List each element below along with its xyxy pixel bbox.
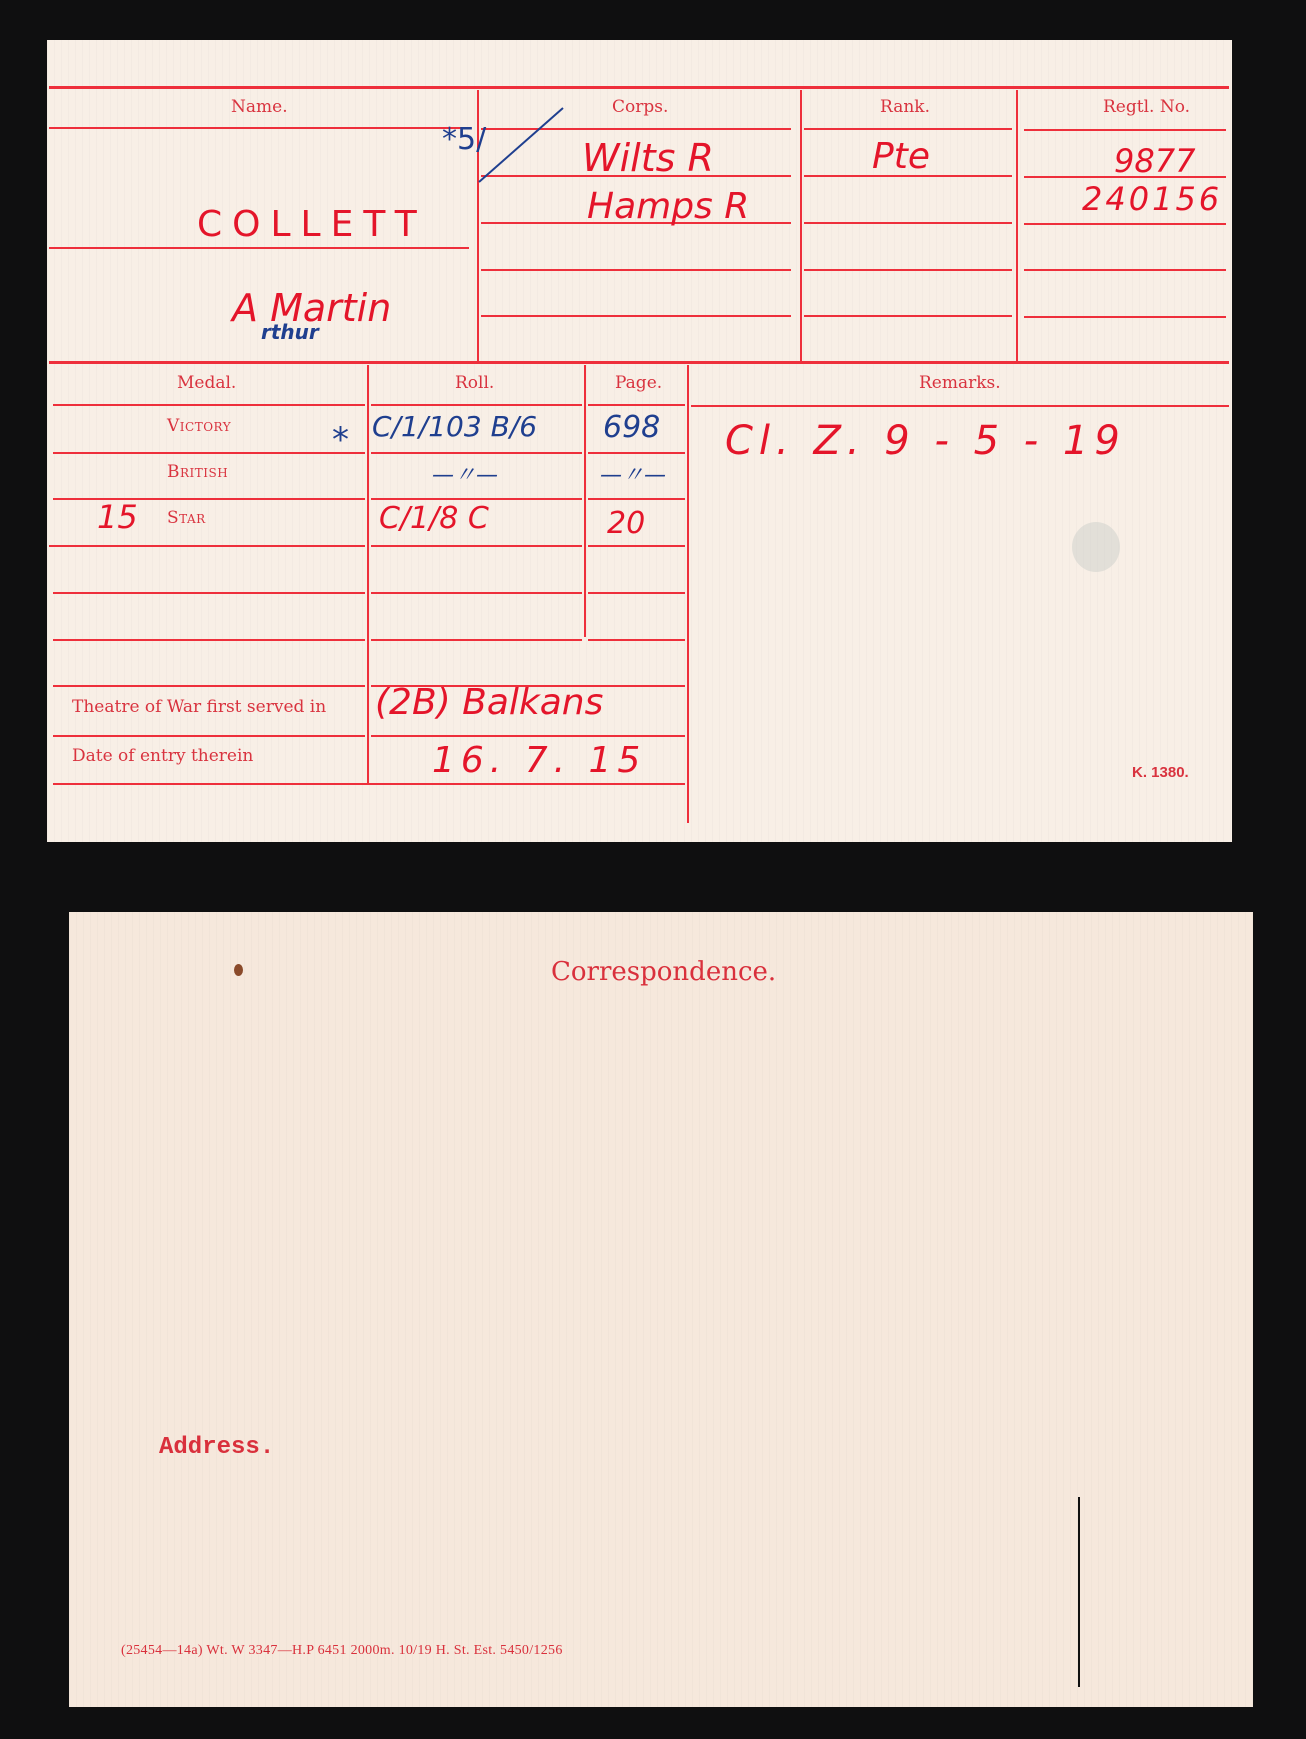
remarks-divider — [687, 365, 689, 823]
medal-index-card-front: Name. Corps. Rank. Regtl. No. COLLETT A … — [47, 40, 1232, 842]
rule — [371, 735, 685, 737]
remarks-rule — [691, 405, 1229, 407]
rule — [53, 404, 365, 406]
rule — [804, 222, 1012, 224]
rule — [53, 735, 365, 737]
star-prefix: 15 — [97, 498, 138, 536]
header-name: Name. — [231, 97, 288, 117]
corps-line-2: Hamps R — [587, 186, 749, 227]
rule — [53, 592, 365, 594]
corps-slash-icon — [477, 106, 567, 186]
medal-label-victory: Victory — [167, 416, 231, 436]
rule — [371, 404, 582, 406]
rule — [588, 639, 685, 641]
header-remarks: Remarks. — [919, 373, 1001, 393]
rule — [804, 315, 1012, 317]
regtl-no-line-1: 9877 — [1114, 142, 1195, 180]
rule — [804, 269, 1012, 271]
victory-marker: * — [332, 420, 349, 460]
rule — [371, 639, 582, 641]
header-regtl-no: Regtl. No. — [1103, 97, 1190, 117]
printer-imprint: (25454—14a) Wt. W 3347—H.P 6451 2000m. 1… — [121, 1643, 563, 1659]
middle-thick-rule — [49, 361, 1229, 364]
rule — [804, 128, 1012, 130]
rule — [53, 639, 365, 641]
rule — [371, 545, 582, 547]
medal-label-british: British — [167, 462, 228, 482]
surname: COLLETT — [197, 204, 427, 245]
forenames-blue-addition: rthur — [261, 320, 319, 344]
british-roll: —〃— — [432, 458, 498, 489]
rule — [53, 685, 365, 687]
header-corps: Corps. — [612, 97, 668, 117]
date-of-entry-value: 16. 7. 15 — [432, 740, 646, 781]
medal-index-card-back: Correspondence. Address. (25454—14a) Wt.… — [69, 912, 1253, 1707]
stamp-divider-line — [1078, 1497, 1080, 1687]
british-page: —〃— — [600, 458, 666, 489]
victory-roll: C/1/103 B/6 — [372, 410, 537, 443]
rule — [588, 592, 685, 594]
header-page: Page. — [615, 373, 662, 393]
remarks-value: Cl. Z. 9 - 5 - 19 — [725, 418, 1126, 464]
header-roll: Roll. — [455, 373, 494, 393]
header-rank: Rank. — [880, 97, 930, 117]
rank-value: Pte — [872, 136, 930, 177]
theatre-label: Theatre of War first served in — [72, 697, 326, 717]
rule — [588, 545, 685, 547]
rank-divider — [800, 90, 802, 362]
corps-line-1: Wilts R — [582, 136, 714, 180]
theatre-value: (2B) Balkans — [375, 682, 603, 723]
rule — [1024, 316, 1226, 318]
regtl-no-line-2: 240156 — [1082, 180, 1222, 218]
rule — [481, 269, 791, 271]
medal-label-star: Star — [167, 508, 206, 528]
correspondence-heading: Correspondence. — [551, 957, 776, 987]
regtl-divider — [1016, 90, 1018, 362]
star-page: 20 — [607, 506, 645, 541]
rule — [588, 498, 685, 500]
date-of-entry-label: Date of entry therein — [72, 746, 253, 766]
rule — [371, 452, 582, 454]
header-medal: Medal. — [177, 373, 236, 393]
name-underline — [49, 247, 469, 249]
rule — [1024, 129, 1226, 131]
rule — [49, 127, 469, 129]
rule — [588, 404, 685, 406]
form-number: K. 1380. — [1132, 764, 1189, 781]
rule — [1024, 223, 1226, 225]
rule — [371, 498, 582, 500]
victory-page: 698 — [603, 410, 660, 445]
star-roll: C/1/8 C — [379, 501, 489, 536]
rule — [49, 545, 365, 547]
ink-spot — [234, 964, 243, 976]
rule — [371, 592, 582, 594]
rule — [53, 452, 365, 454]
rule — [588, 452, 685, 454]
faint-stamp-mark — [1072, 522, 1120, 572]
roll-divider — [367, 365, 369, 783]
address-label: Address. — [159, 1434, 274, 1461]
page-divider — [584, 365, 586, 637]
rule — [53, 783, 685, 785]
top-thick-rule — [49, 86, 1229, 89]
rule — [1024, 269, 1226, 271]
rule — [481, 315, 791, 317]
